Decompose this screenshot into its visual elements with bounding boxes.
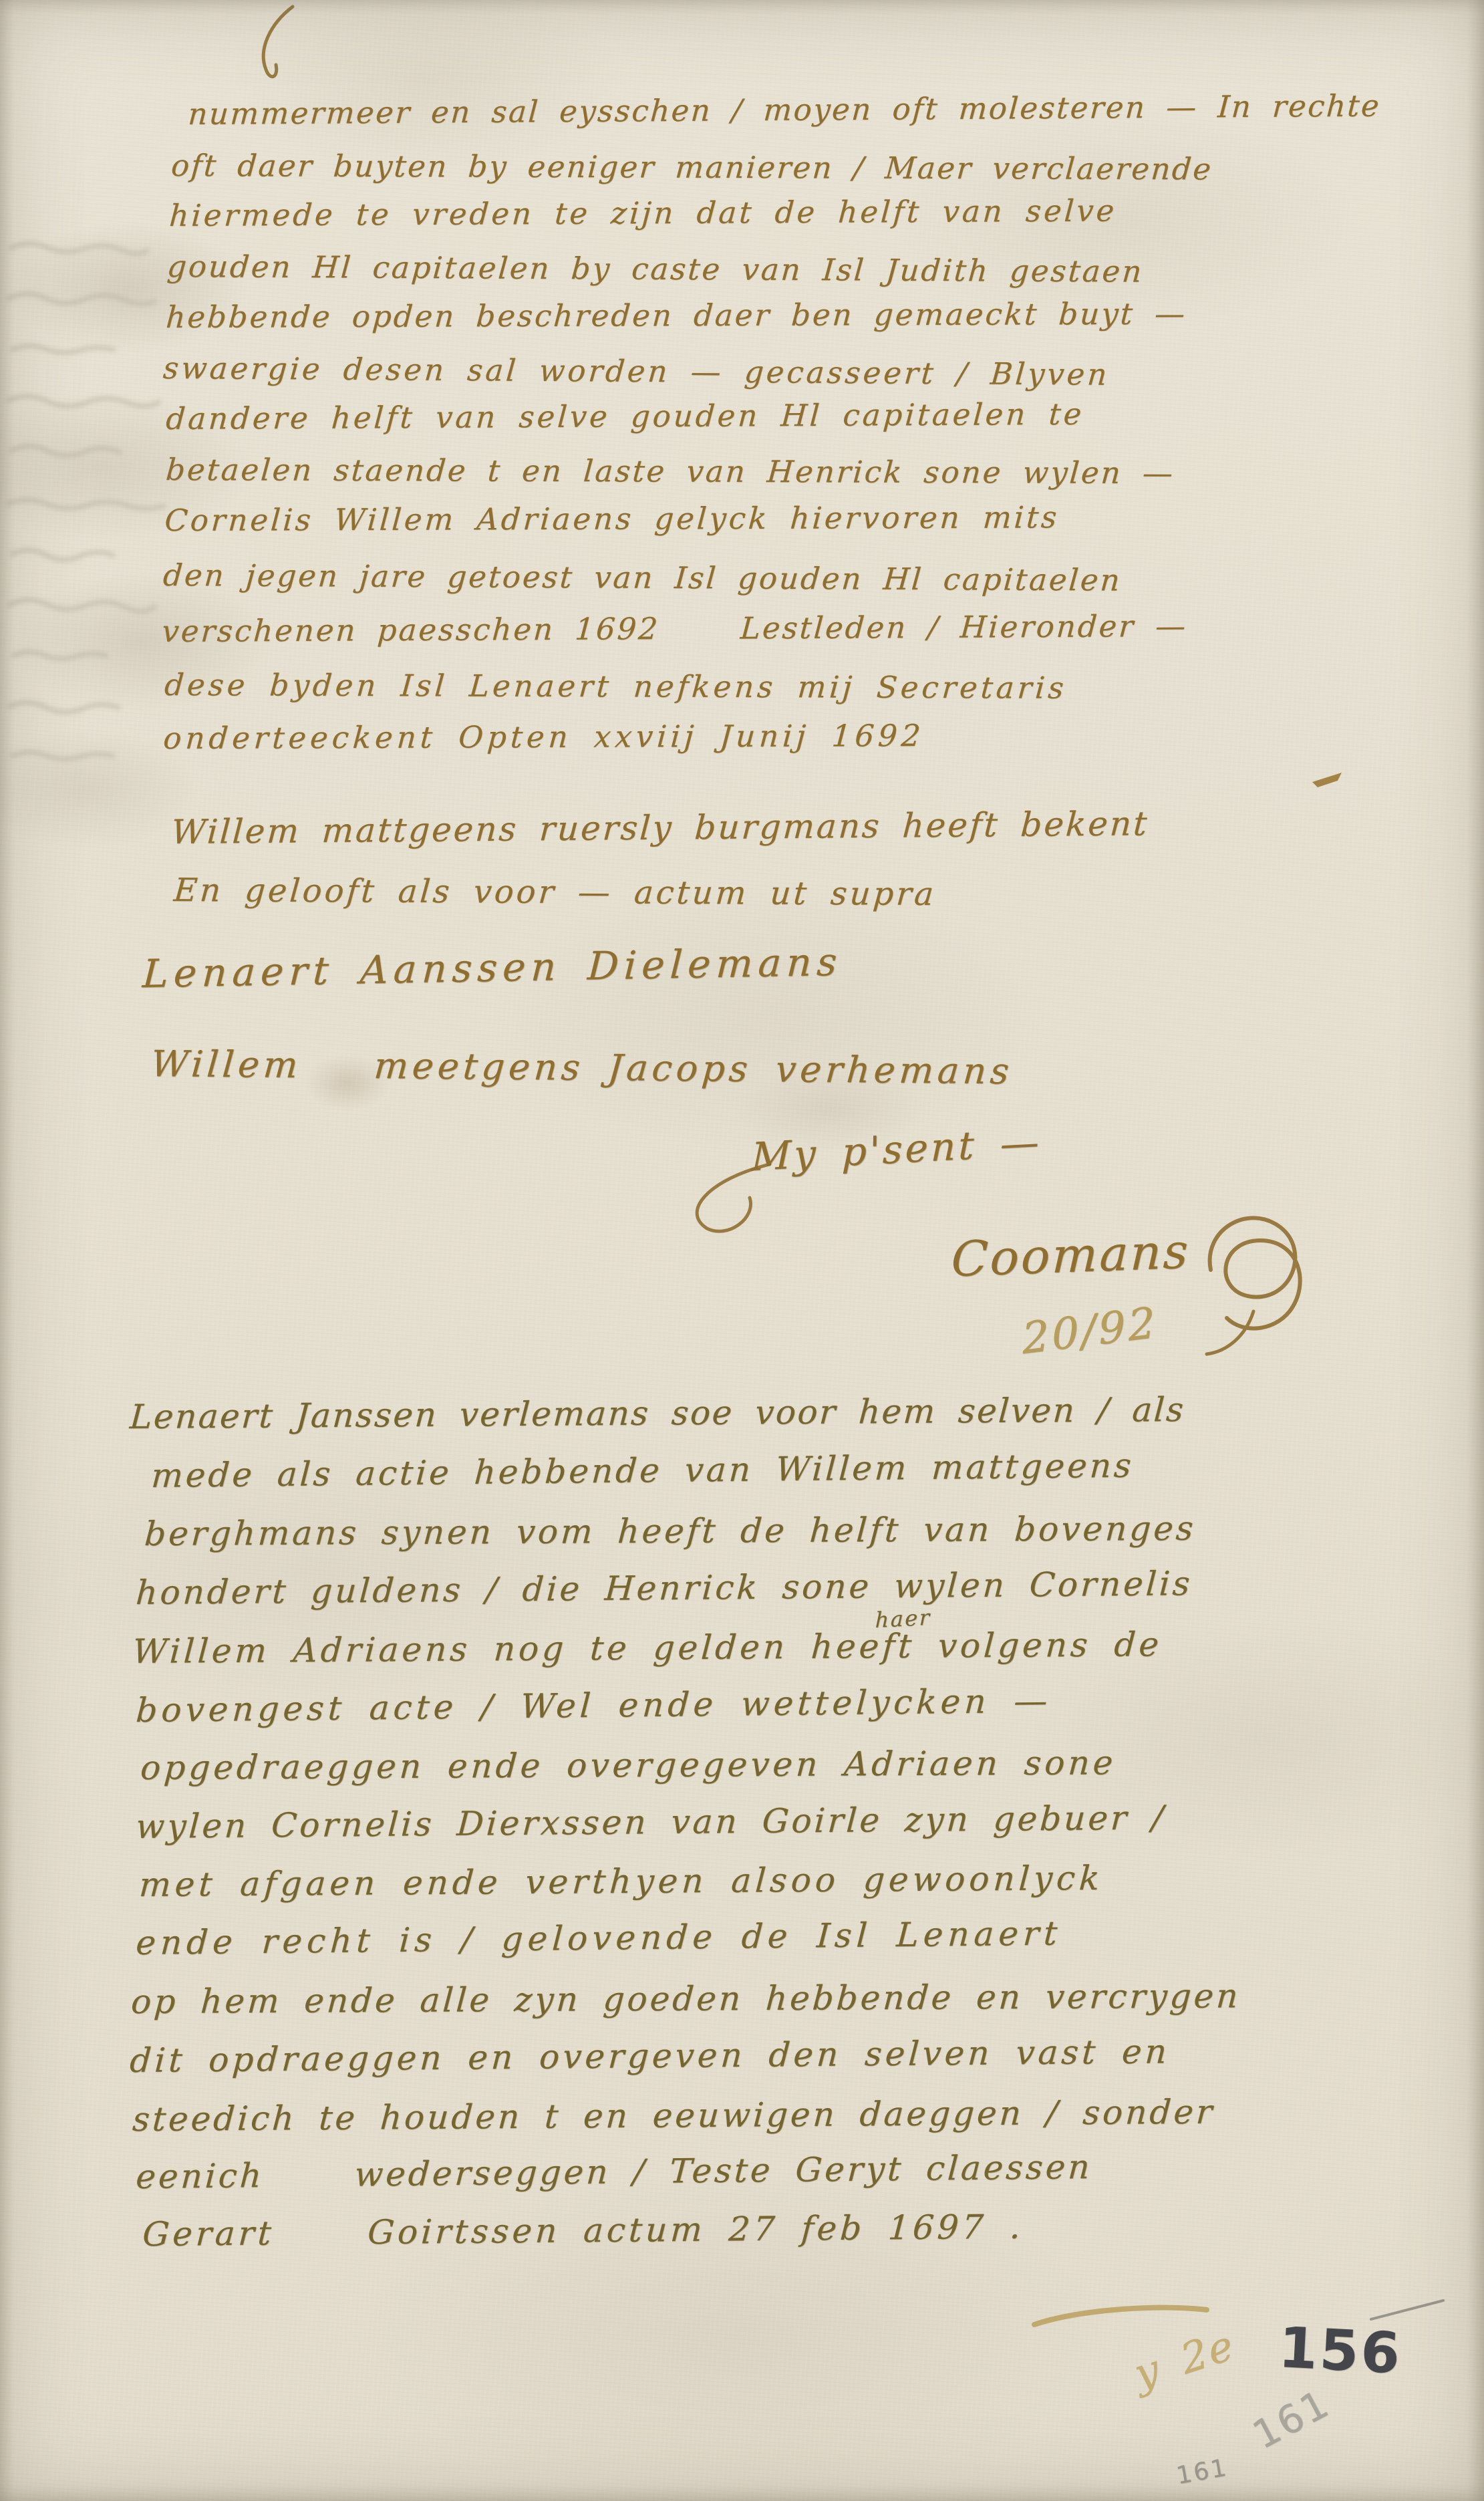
manuscript-line: gouden Hl capitaelen by caste van Isl Ju…	[166, 251, 1145, 287]
manuscript-line: swaergie desen sal worden — gecasseert /…	[162, 353, 1111, 390]
manuscript-line: hebbende opden beschreden daer ben gemae…	[165, 299, 1188, 332]
manuscript-line: verschenen paesschen 1692 Lestleden / Hi…	[161, 611, 1189, 646]
manuscript-line: met afgaen ende verthyen alsoo gewoonlyc…	[138, 1861, 1104, 1901]
manuscript-line: mede als actie hebbende van Willem mattg…	[150, 1449, 1135, 1492]
manuscript-line: Willem Adriaens nog te gelden heeft volg…	[132, 1627, 1163, 1668]
ink-flourishes-and-bleedthrough	[0, 0, 1484, 2501]
attestation-line: En gelooft als voor — actum ut supra	[172, 874, 937, 910]
manuscript-line: dese byden Isl Lenaert nefkens mij Secre…	[164, 670, 1068, 703]
ink-blot	[1312, 773, 1342, 787]
manuscript-line: hondert guldens / die Henrick sone wylen…	[135, 1567, 1193, 1609]
signature-line: My p'sent —	[751, 1122, 1042, 1176]
attestation-block: Willem mattgeens ruersly burgmans heeft …	[0, 0, 1484, 2501]
coomans-paraph-tail	[1207, 1311, 1253, 1354]
coomans-paraph	[1210, 1218, 1300, 1328]
pencil-annotation-layer: 156161161	[0, 0, 1484, 2501]
manuscript-line: dit opdraeggen en overgeven den selven v…	[129, 2034, 1171, 2077]
paper-grain-texture	[0, 0, 1484, 2501]
manuscript-line: berghmans synen vom heeft de helft van b…	[144, 1512, 1197, 1551]
manuscript-line: bovengest acte / Wel ende wettelycken —	[135, 1684, 1052, 1727]
manuscript-line: op hem ende alle zyn goeden hebbende en …	[130, 1979, 1241, 2018]
pencil-folio-number: 161	[1175, 2456, 1230, 2489]
signature-line: 20∕92	[1021, 1301, 1159, 1361]
page-edge-vignette	[0, 0, 1484, 2501]
top-margin-flourish	[263, 7, 293, 77]
manuscript-line: Gerart Goirtssen actum 27 feb 1697 .	[142, 2210, 1025, 2251]
main-text-block-lower: Lenaert Janssen verlemans soe voor hem s…	[0, 0, 1484, 2501]
main-text-block-upper: nummermeer en sal eysschen / moyen oft m…	[0, 0, 1484, 2501]
manuscript-page: nummermeer en sal eysschen / moyen oft m…	[0, 0, 1484, 2501]
manuscript-line: dandere helft van selve gouden Hl capita…	[165, 399, 1085, 434]
manuscript-line: ende recht is / gelovende de Isl Lenaert	[135, 1916, 1063, 1960]
pen-flourishes	[263, 7, 1300, 1354]
manuscript-line: den jegen jare getoest van Isl gouden Hl…	[162, 560, 1123, 595]
attestation-line: Willem mattgeens ruersly burgmans heeft …	[170, 807, 1150, 849]
paper-stains	[0, 0, 1484, 2501]
pencil-folio-number: 161	[1247, 2383, 1336, 2455]
signature-line: Coomans	[950, 1227, 1191, 1284]
ink-note-layer: y 2e	[0, 0, 1484, 2501]
manuscript-line: hiermede te vreden te zijn dat de helft …	[168, 196, 1118, 231]
date-underline-flourish	[1034, 2308, 1207, 2325]
pencil-folio-number: 156	[1278, 2319, 1403, 2382]
manuscript-line: wylen Cornelis Dierxssen van Goirle zyn …	[135, 1801, 1167, 1843]
interlinear-insertion-layer: haer	[0, 0, 1484, 2501]
manuscript-line: onderteeckent Opten xxviij Junij 1692	[162, 720, 925, 753]
bleedthrough-ghost-text	[7, 243, 166, 759]
manuscript-line: nummermeer en sal eysschen / moyen oft m…	[187, 91, 1382, 129]
manuscript-line: steedich te houden t en eeuwigen daeggen…	[132, 2095, 1216, 2136]
manuscript-line: Lenaert Janssen verlemans soe voor hem s…	[129, 1393, 1186, 1434]
manuscript-line: Cornelis Willem Adriaens gelyck hiervore…	[164, 502, 1060, 535]
manuscript-line: oft daer buyten by eeniger manieren / Ma…	[170, 150, 1214, 184]
manuscript-line: betaelen staende t en laste van Henrick …	[165, 454, 1176, 488]
signature-block: Lenaert Aanssen DielemansWillem meetgens…	[0, 0, 1484, 2501]
interlinear-insertion: haer	[875, 1607, 931, 1631]
manuscript-line: eenich wederseggen / Teste Geryt claesse…	[135, 2150, 1093, 2194]
signature-line: Willem meetgens Jacops verhemans	[150, 1046, 1014, 1089]
ink-inventory-note: y 2e	[1131, 2323, 1238, 2395]
manuscript-line: opgedraeggen ende overgegeven Adriaen so…	[140, 1746, 1117, 1785]
my-present-lead-flourish	[697, 1164, 770, 1231]
signature-line: Lenaert Aanssen Dielemans	[142, 942, 843, 993]
pencil-stroke-right-edge	[1371, 2300, 1443, 2319]
